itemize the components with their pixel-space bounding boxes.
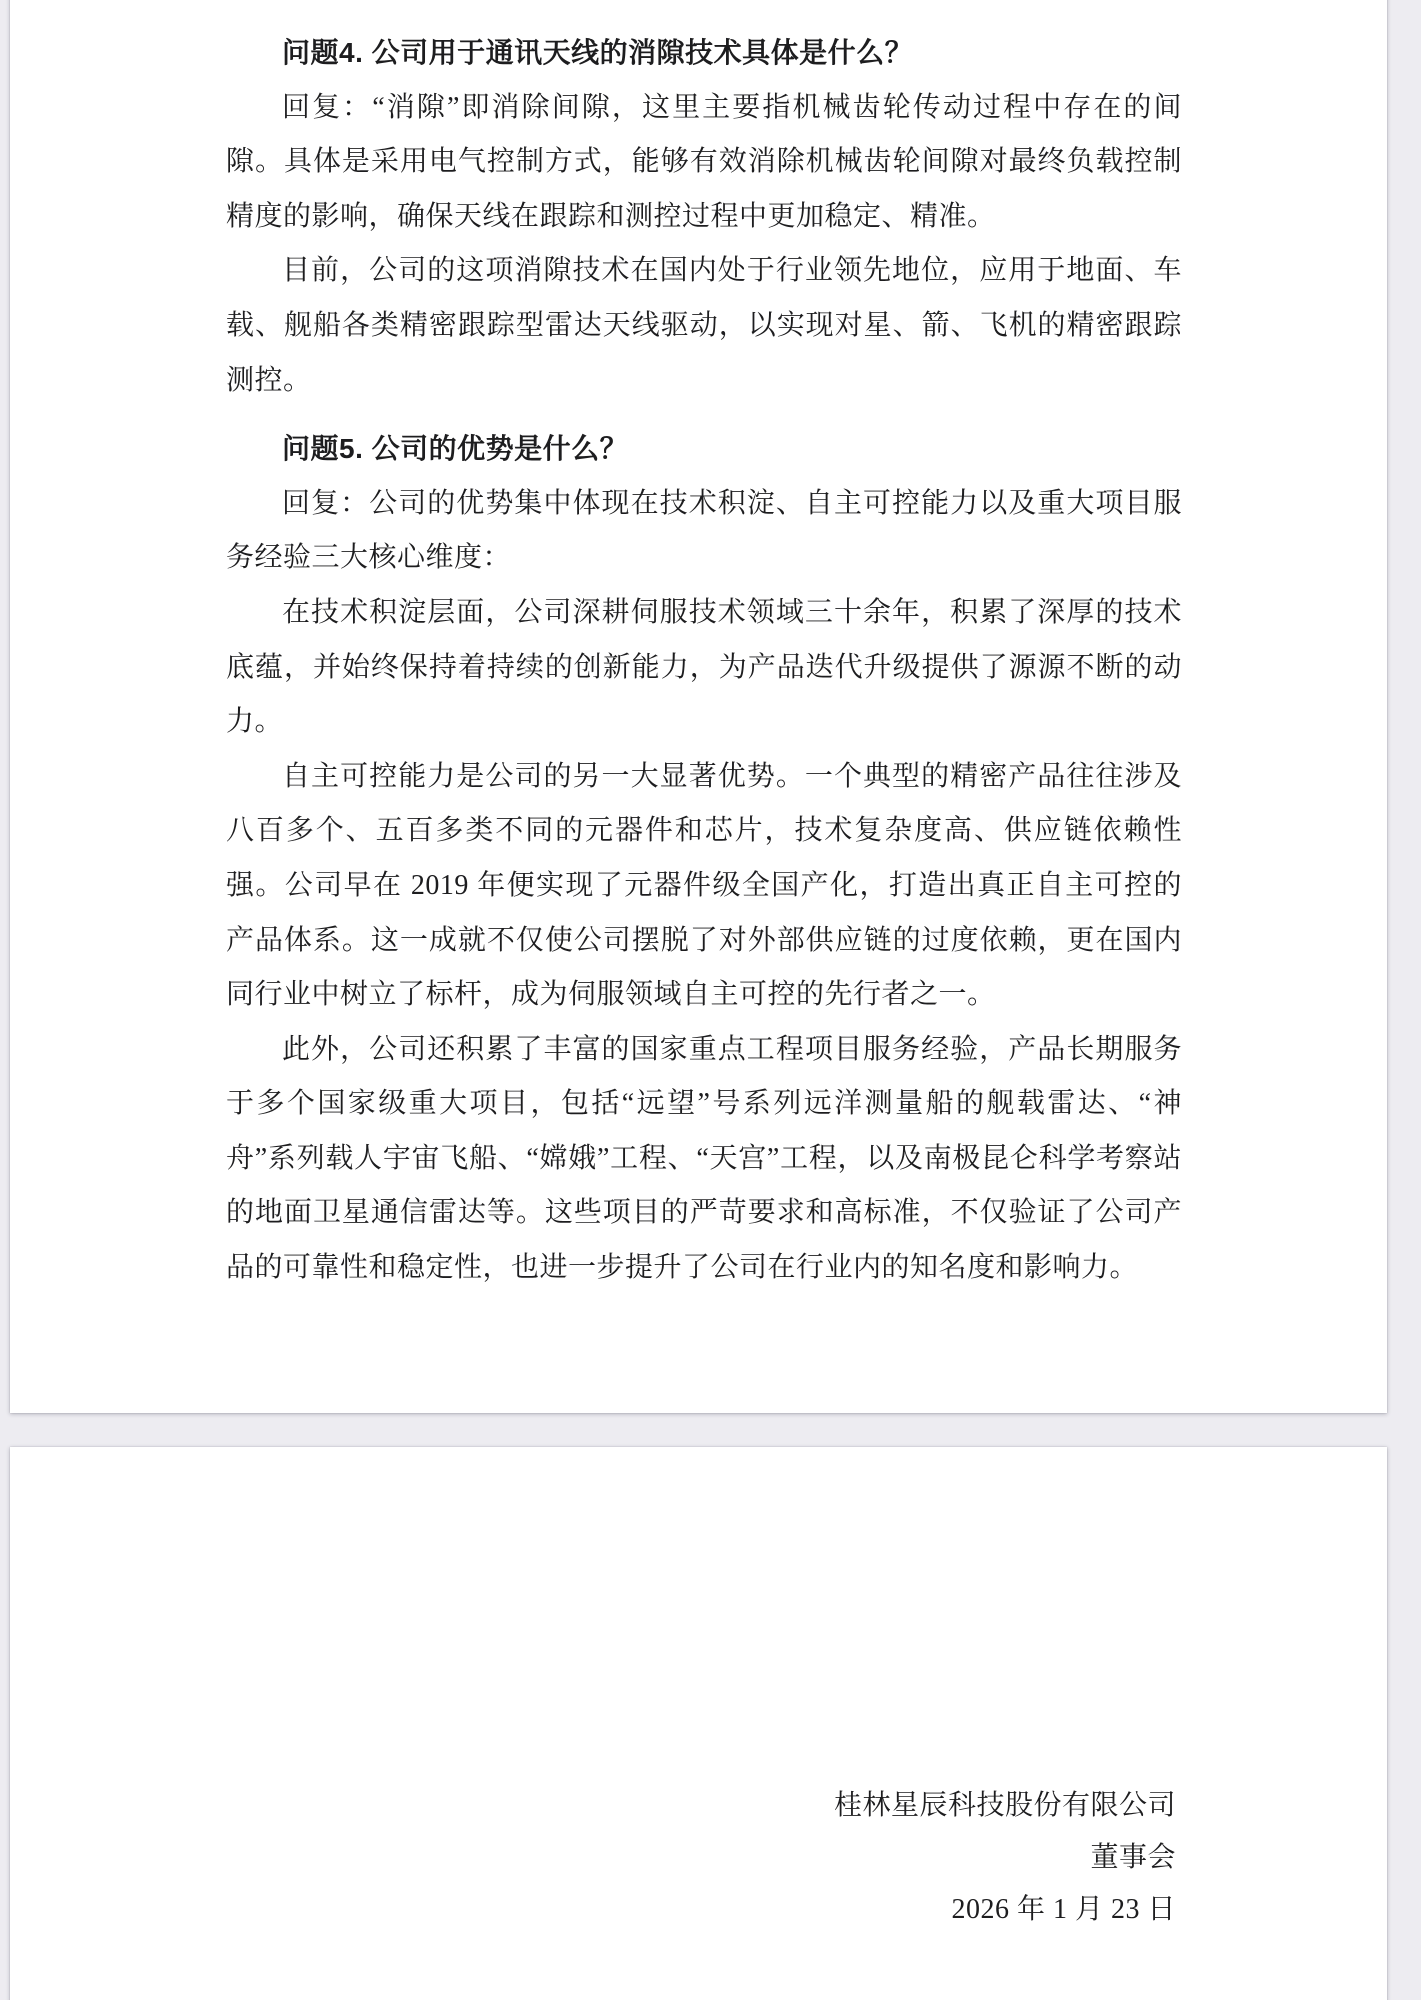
signature-date: 2026 年 1 月 23 日 — [834, 1884, 1176, 1936]
page-1-text-content: 问题4. 公司用于通讯天线的消隙技术具体是什么？ 回复：“消隙”即消除间隙，这里… — [10, 0, 1387, 1296]
document-viewer-scroll-area[interactable]: 问题4. 公司用于通讯天线的消隙技术具体是什么？ 回复：“消隙”即消除间隙，这里… — [0, 0, 1421, 2000]
signature-board-of-directors: 董事会 — [834, 1832, 1176, 1884]
signature-block: 桂林星辰科技股份有限公司 董事会 2026 年 1 月 23 日 — [834, 1780, 1176, 1936]
question-4-answer-paragraph-2: 目前，公司的这项消隙技术在国内处于行业领先地位，应用于地面、车载、舰船各类精密跟… — [226, 244, 1182, 408]
question-5-answer-paragraph-3: 自主可控能力是公司的另一大显著优势。一个典型的精密产品往往涉及八百多个、五百多类… — [226, 750, 1182, 1023]
question-5-heading: 问题5. 公司的优势是什么？ — [226, 422, 1182, 477]
question-4-answer-paragraph-1: 回复：“消隙”即消除间隙，这里主要指机械齿轮传动过程中存在的间隙。具体是采用电气… — [226, 81, 1182, 245]
question-5-answer-paragraph-1: 回复：公司的优势集中体现在技术积淀、自主可控能力以及重大项目服务经验三大核心维度… — [226, 477, 1182, 586]
question-5-answer-paragraph-2: 在技术积淀层面，公司深耕伺服技术领域三十余年，积累了深厚的技术底蕴，并始终保持着… — [226, 586, 1182, 750]
question-4-heading: 问题4. 公司用于通讯天线的消隙技术具体是什么？ — [226, 26, 1182, 81]
question-5-answer-paragraph-4: 此外，公司还积累了丰富的国家重点工程项目服务经验，产品长期服务于多个国家级重大项… — [226, 1023, 1182, 1296]
document-page-2: 桂林星辰科技股份有限公司 董事会 2026 年 1 月 23 日 — [10, 1447, 1387, 2000]
document-page-1: 问题4. 公司用于通讯天线的消隙技术具体是什么？ 回复：“消隙”即消除间隙，这里… — [10, 0, 1387, 1413]
signature-company-name: 桂林星辰科技股份有限公司 — [834, 1780, 1176, 1832]
